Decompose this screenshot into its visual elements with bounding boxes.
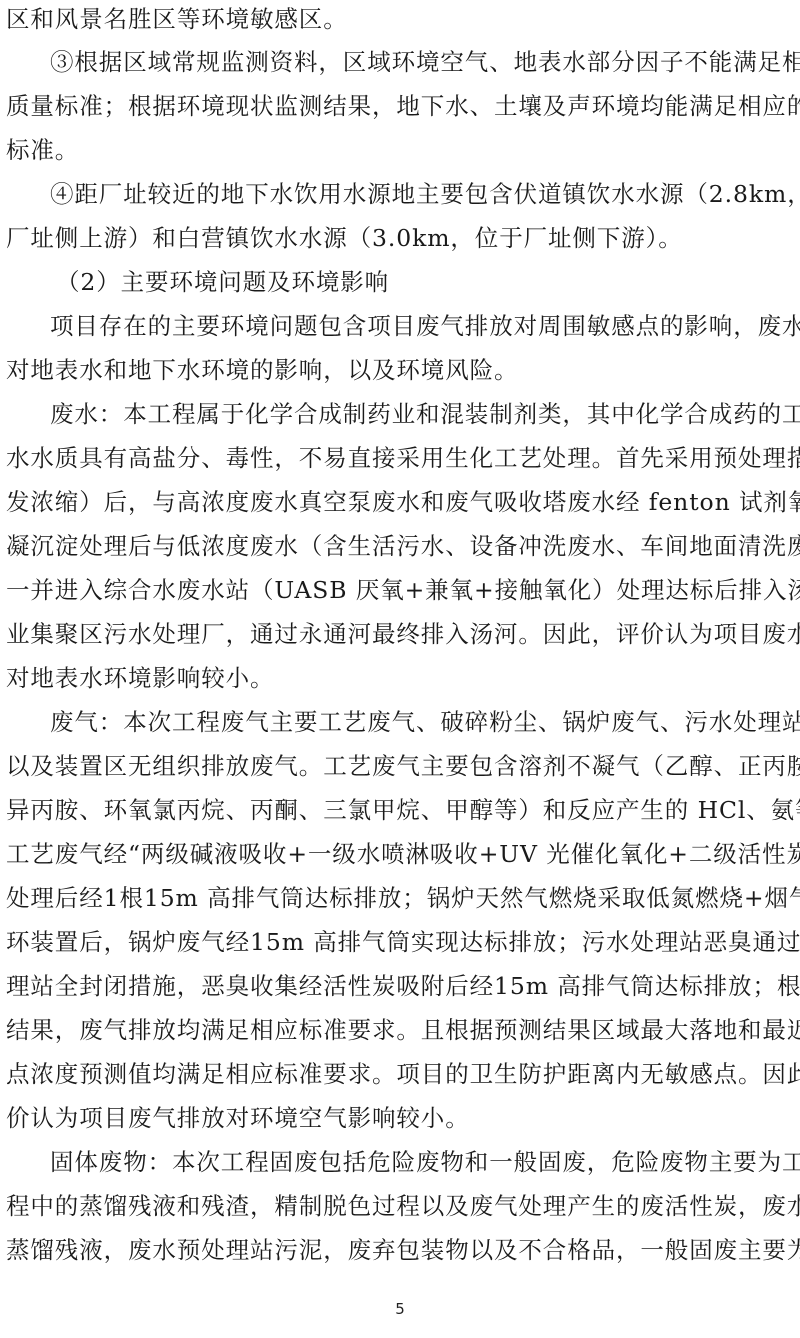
paragraph-line: 凝沉淀处理后与低浓度废水（含生活污水、设备冲洗废水、车间地面清洗废水等） [6, 531, 792, 561]
paragraph-line: 一并进入综合水废水站（UASB 厌氧+兼氧+接触氧化）处理达标后排入汤阴县产 [6, 575, 792, 605]
paragraph-line: 价认为项目废气排放对环境空气影响较小。 [6, 1103, 792, 1133]
paragraph-line: 程中的蒸馏残液和残渣，精制脱色过程以及废气处理产生的废活性炭，废水处理 [6, 1191, 792, 1221]
paragraph-line: 对地表水和地下水环境的影响，以及环境风险。 [6, 355, 792, 385]
paragraph-line: 蒸馏残液，废水预处理站污泥，废弃包装物以及不合格品，一般固废主要为生活 [6, 1235, 792, 1265]
paragraph-line: 项目存在的主要环境问题包含项目废气排放对周围敏感点的影响，废水排放 [50, 311, 792, 341]
paragraph-line: 废水：本工程属于化学合成制药业和混装制剂类，其中化学合成药的工艺废 [50, 399, 792, 429]
paragraph-line: 固体废物：本次工程固废包括危险废物和一般固废，危险废物主要为工艺过 [50, 1147, 792, 1177]
paragraph-line: 业集聚区污水处理厂，通过永通河最终排入汤河。因此，评价认为项目废水排放 [6, 619, 792, 649]
paragraph-line: 以及装置区无组织排放废气。工艺废气主要包含溶剂不凝气（乙醇、正丙胺、二 [6, 751, 792, 781]
paragraph-line: ④距厂址较近的地下水饮用水源地主要包含伏道镇饮水水源（2.8km，位于 [50, 179, 792, 209]
paragraph-line: 质量标准；根据环境现状监测结果，地下水、土壤及声环境均能满足相应的质量 [6, 91, 792, 121]
paragraph-line: 理站全封闭措施，恶臭收集经活性炭吸附后经15m 高排气筒达标排放；根据预测 [6, 971, 792, 1001]
paragraph-line: 标准。 [6, 135, 792, 165]
paragraph-line: 处理后经1根15m 高排气筒达标排放；锅炉天然气燃烧采取低氮燃烧+烟气外部循 [6, 883, 792, 913]
paragraph-line: 厂址侧上游）和白营镇饮水水源（3.0km，位于厂址侧下游）。 [6, 223, 792, 253]
paragraph-line: 工艺废气经“两级碱液吸收+一级水喷淋吸收+UV 光催化氧化+二级活性炭吸附” [6, 839, 792, 869]
paragraph-line: 对地表水环境影响较小。 [6, 663, 792, 693]
paragraph-line: 环装置后，锅炉废气经15m 高排气筒实现达标排放；污水处理站恶臭通过污水处 [6, 927, 792, 957]
paragraph-line: 点浓度预测值均满足相应标准要求。项目的卫生防护距离内无敏感点。因此，评 [6, 1059, 792, 1089]
paragraph-line: 废气：本次工程废气主要工艺废气、破碎粉尘、锅炉废气、污水处理站恶臭 [50, 707, 792, 737]
paragraph-line: 区和风景名胜区等环境敏感区。 [6, 4, 792, 34]
paragraph-line: 水水质具有高盐分、毒性，不易直接采用生化工艺处理。首先采用预处理措施（蒸 [6, 443, 792, 473]
section-heading: （2）主要环境问题及环境影响 [56, 267, 800, 297]
page-number: 5 [0, 1300, 800, 1318]
paragraph-line: 发浓缩）后，与高浓度废水真空泵废水和废气吸收塔废水经 fenton 试剂氧化+絮 [6, 487, 792, 517]
paragraph-line: ③根据区域常规监测资料，区域环境空气、地表水部分因子不能满足相应的 [50, 47, 792, 77]
document-page: 区和风景名胜区等环境敏感区。③根据区域常规监测资料，区域环境空气、地表水部分因子… [0, 0, 800, 1338]
paragraph-line: 异丙胺、环氧氯丙烷、丙酮、三氯甲烷、甲醇等）和反应产生的 HCl、氨等废气。 [6, 795, 792, 825]
paragraph-line: 结果，废气排放均满足相应标准要求。且根据预测结果区域最大落地和最近敏感 [6, 1015, 792, 1045]
